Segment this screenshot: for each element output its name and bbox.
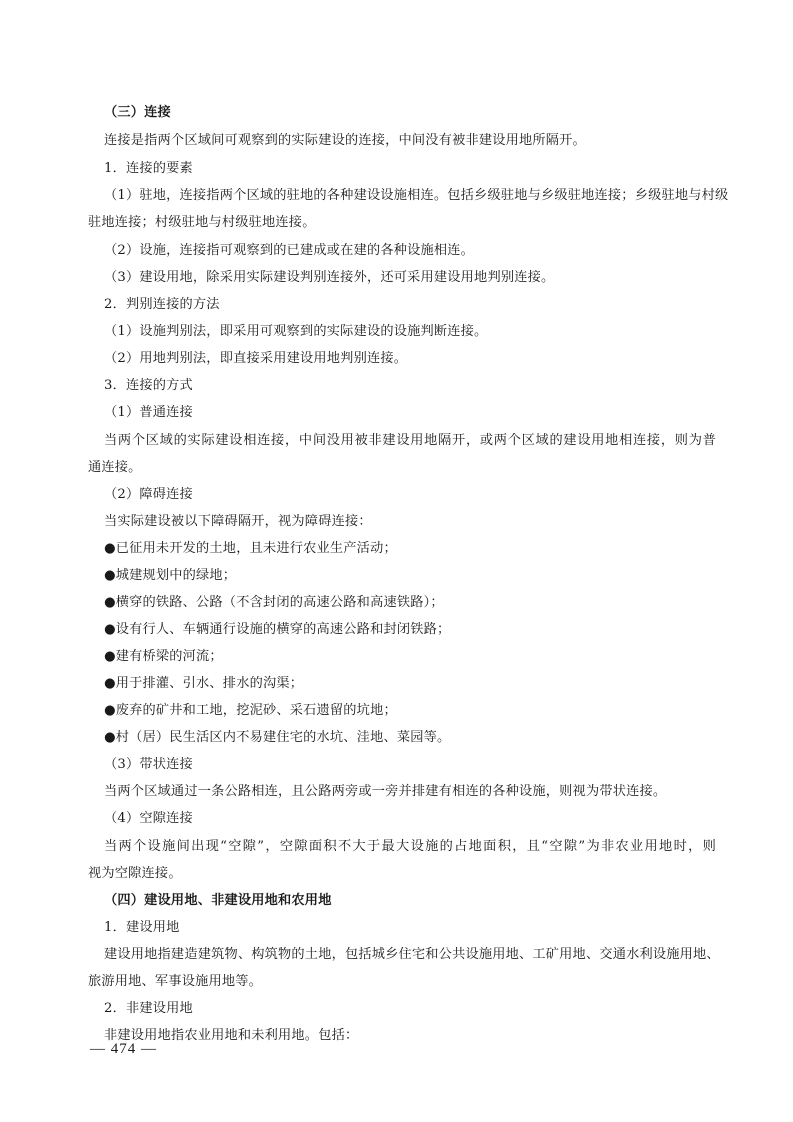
text-line: 非建设用地指农业用地和未利用地。包括： [104,1027,716,1045]
text-line: （2）障碍连接 [104,486,716,504]
text-line: ●设有行人、车辆通行设施的横穿的高速公路和封闭铁路； [104,621,716,639]
text-line: ●废弃的矿井和工地，挖泥砂、采石遗留的坑地； [104,702,716,720]
text-line: 连接是指两个区域间可观察到的实际建设的连接，中间没有被非建设用地所隔开。 [104,132,716,150]
text-line: 当两个区域的实际建设相连接，中间没用被非建设用地隔开，或两个区域的建设用地相连接… [104,432,716,450]
text-line: 视为空隙连接。 [88,865,716,883]
text-line: （1）普通连接 [104,404,716,422]
section-heading: （四）建设用地、非建设用地和农用地 [104,892,716,910]
text-line: （2）设施，连接指可观察到的已建成或在建的各种设施相连。 [104,242,716,260]
page-number: — 474 — [90,1041,157,1058]
text-line: 当两个设施间出现“空隙”，空隙面积不大于最大设施的占地面积，且“空隙”为非农业用… [104,838,716,856]
text-line: ●建有桥梁的河流； [104,648,716,666]
text-line: ●用于排灌、引水、排水的沟渠； [104,675,716,693]
text-line: 当两个区域通过一条公路相连，且公路两旁或一旁并排建有相连的各种设施，则视为带状连… [104,783,716,801]
text-line: 2．判别连接的方法 [104,296,716,314]
text-line: 2．非建设用地 [104,1000,716,1018]
text-line: 1．建设用地 [104,919,716,937]
text-line: （2）用地判别法，即直接采用建设用地判别连接。 [104,350,716,368]
text-line: ●已征用未开发的土地，且未进行农业生产活动； [104,540,716,558]
text-line: 当实际建设被以下障碍隔开，视为障碍连接： [104,513,716,531]
document-page: （三）连接连接是指两个区域间可观察到的实际建设的连接，中间没有被非建设用地所隔开… [0,0,793,1122]
text-line: （1）设施判别法，即采用可观察到的实际建设的设施判断连接。 [104,323,716,341]
text-line: 3．连接的方式 [104,377,716,395]
text-line: 旅游用地、军事设施用地等。 [88,973,716,991]
text-line: （1）驻地，连接指两个区域的驻地的各种建设设施相连。包括乡级驻地与乡级驻地连接；… [104,187,716,205]
text-line: 建设用地指建造建筑物、构筑物的土地，包括城乡住宅和公共设施用地、工矿用地、交通水… [104,946,716,964]
text-line: ●村（居）民生活区内不易建住宅的水坑、洼地、菜园等。 [104,729,716,747]
text-line: 通连接。 [88,459,716,477]
text-line: 1．连接的要素 [104,160,716,178]
section-heading: （三）连接 [104,104,716,122]
text-line: （4）空隙连接 [104,810,716,828]
text-line: ●城建规划中的绿地； [104,567,716,585]
text-line: （3）带状连接 [104,756,716,774]
text-line: （3）建设用地，除采用实际建设判别连接外，还可采用建设用地判别连接。 [104,269,716,287]
text-line: ●横穿的铁路、公路（不含封闭的高速公路和高速铁路）； [104,594,716,612]
text-line: 驻地连接；村级驻地与村级驻地连接。 [88,214,716,232]
